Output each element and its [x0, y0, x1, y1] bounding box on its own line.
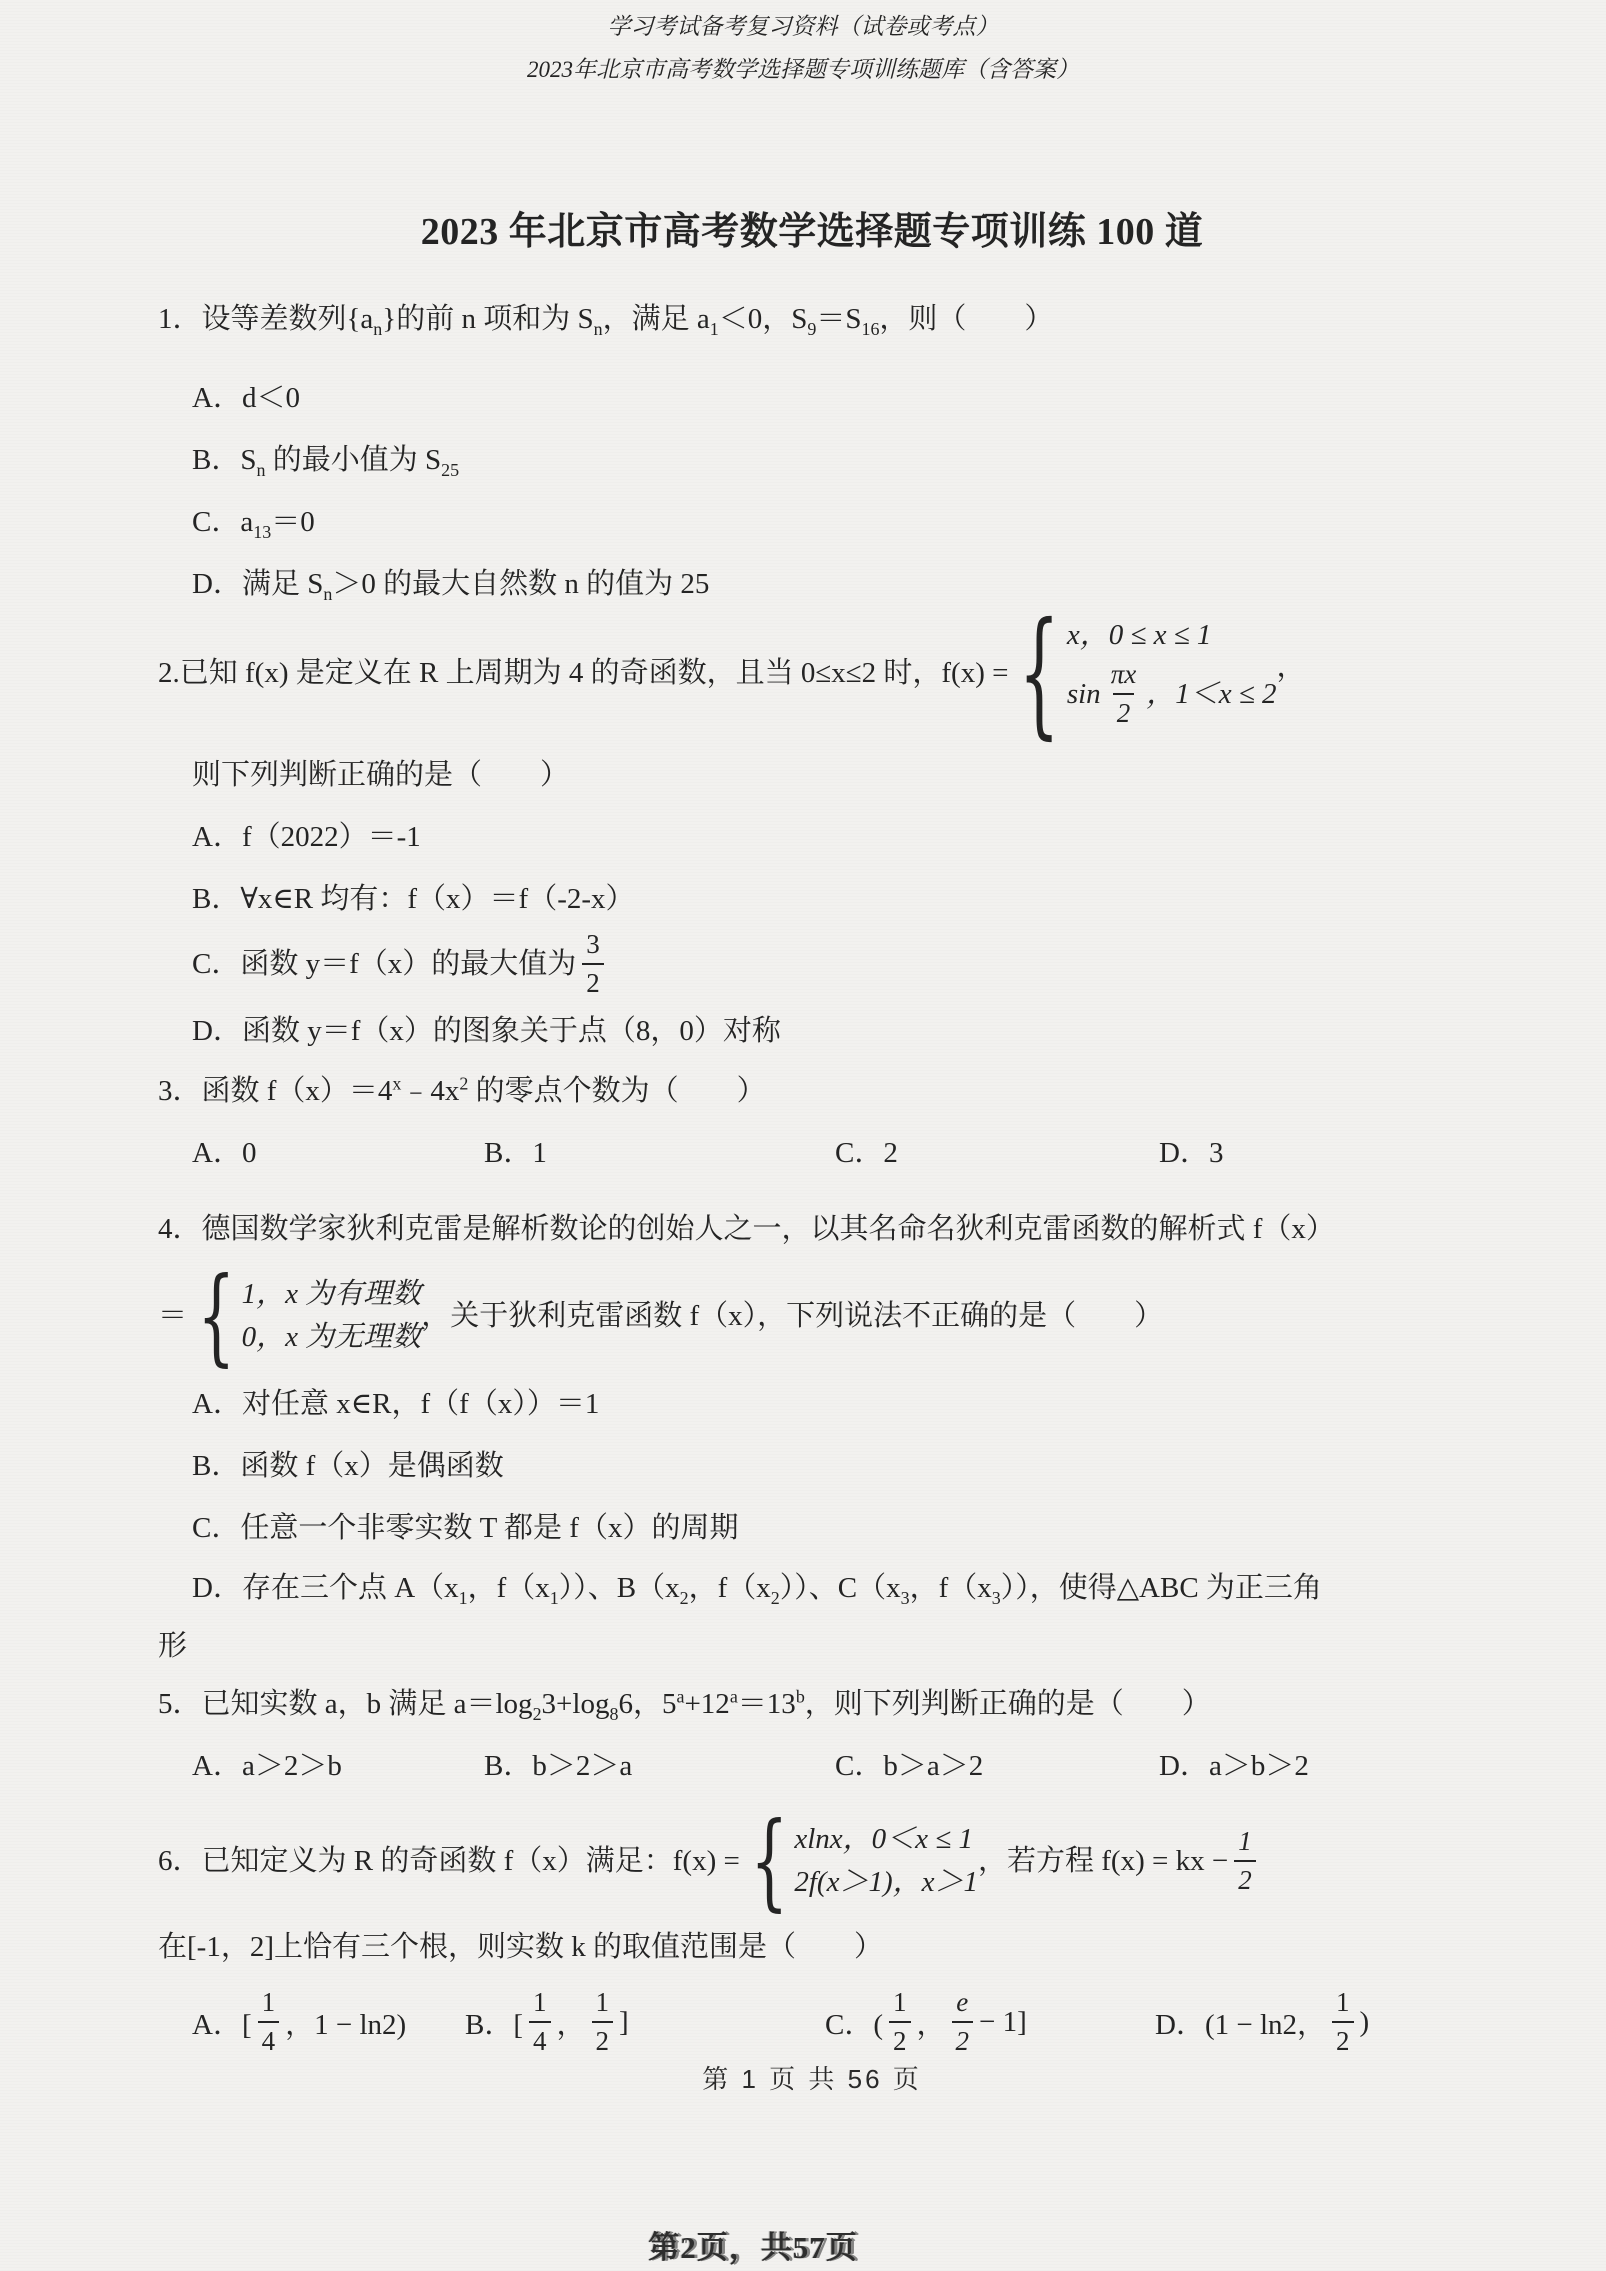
q1-sub: n: [373, 319, 382, 339]
q2-option-d: D．函数 y＝f（x）的图象关于点（8，0）对称: [158, 1013, 1466, 1049]
q5-option-d: D．a＞b＞2: [1159, 1748, 1466, 1784]
q2-stem-suffix: ，: [1277, 649, 1306, 685]
fraction: 12: [1234, 1828, 1256, 1894]
q4-optd-text: D．存在三个点 A（x: [192, 1572, 459, 1604]
q1-option-b: B．Sn 的最小值为 S25: [158, 442, 1466, 478]
q5-stem-text: +12: [684, 1688, 729, 1720]
q3-stem-text: 3．函数 f（x）＝4: [158, 1075, 392, 1107]
document-header: 学习考试备考复习资料（试卷或考点） 2023年北京市高考数学选择题专项训练题库（…: [0, 0, 1606, 85]
q5-options-row: A．a＞2＞b B．b＞2＞a C．b＞a＞2 D．a＞b＞2: [158, 1748, 1466, 1784]
q1-stem-text: ＝S: [816, 303, 861, 335]
q4-option-c: C．任意一个非零实数 T 都是 f（x）的周期: [158, 1510, 1466, 1546]
q6-option-a: A．[14，1 − ln2): [192, 1989, 465, 2055]
q2-option-b: B．∀x∈R 均有：f（x）＝f（-2-x）: [158, 881, 1466, 917]
q5-option-a: A．a＞2＞b: [192, 1748, 484, 1784]
q3-options-row: A．0 B．1 C．2 D．3: [158, 1135, 1466, 1171]
q5-stem-text: ，则下列判断正确的是（ ）: [805, 1688, 1211, 1720]
fraction-denominator: 2: [582, 963, 604, 997]
question-6-stem: 6．已知定义为 R 的奇函数 f（x）满足：f(x) = { xlnx，0＜x …: [158, 1822, 1466, 1899]
q6-optb-text: ]: [619, 2006, 629, 2039]
q6-case-2: 2f(x＞1)，x＞1: [794, 1865, 978, 1899]
q4-sub: 1: [550, 1588, 559, 1608]
q6-piecewise-cases: xlnx，0＜x ≤ 1 2f(x＞1)，x＞1: [794, 1822, 978, 1899]
fraction-numerator: 1: [889, 1989, 911, 2021]
q2-case-2: sinπx2，1＜x ≤ 2: [1067, 661, 1277, 727]
q1-sub: n: [594, 319, 603, 339]
q6-optb-text: B．[: [465, 2002, 523, 2043]
fraction-numerator: 1: [1332, 1989, 1354, 2021]
q6-stem-mid: ，若方程 f(x) = kx −: [978, 1843, 1228, 1879]
q2-judge-line: 则下列判断正确的是（ ）: [158, 757, 1466, 793]
fraction: 12: [889, 1989, 911, 2055]
q2-option-c: C．函数 y＝f（x）的最大值为 32: [158, 931, 1466, 997]
q1-option-a: A．d＜0: [158, 380, 1466, 416]
question-4-stem: 4．德国数学家狄利克雷是解析数论的创始人之一，以其名命名狄利克雷函数的解析式 f…: [158, 1211, 1466, 1247]
fraction-denominator: 2: [1234, 1860, 1256, 1894]
fraction: 14: [529, 1989, 551, 2055]
q1-sub: 13: [253, 522, 271, 542]
fraction: πx2: [1107, 661, 1141, 727]
q5-stem-text: 5．已知实数 a，b 满足 a＝log: [158, 1688, 533, 1720]
q1-option-c: C．a13＝0: [158, 504, 1466, 540]
fraction-denominator: 2: [889, 2021, 911, 2055]
fraction-numerator: 3: [582, 931, 604, 963]
q5-sup: a: [730, 1686, 738, 1706]
bottom-page-footer: 第2页，共57页: [0, 2222, 1506, 2267]
q2-option-a: A．f（2022）＝-1: [158, 819, 1466, 855]
q4-optd-text: ，f（x: [689, 1572, 771, 1604]
fraction-numerator: 1: [258, 1989, 280, 2021]
q6-option-d: D．(1 − ln2，12): [1155, 1989, 1466, 2055]
q4-optd-text: ）），使得△ABC 为正三角: [1001, 1572, 1322, 1604]
fraction-denominator: 2: [1332, 2021, 1354, 2055]
q6-opta-text: ，1 − ln2): [285, 2002, 406, 2043]
q6-optb-text: ，: [557, 2002, 586, 2043]
page-title: 2023 年北京市高考数学选择题专项训练 100 道: [158, 209, 1466, 255]
q4-sub: 3: [901, 1588, 910, 1608]
page-number-footer: 第 1 页 共 56 页: [158, 2059, 1466, 2096]
left-brace: {: [197, 1263, 235, 1368]
q1-optb-text: 的最小值为 S: [265, 444, 441, 476]
header-line-2: 2023年北京市高考数学选择题专项训练题库（含答案）: [0, 55, 1606, 85]
q3-option-a: A．0: [192, 1135, 484, 1171]
q6-optc-text: − 1]: [979, 2006, 1027, 2039]
q1-sub: 9: [807, 319, 816, 339]
q5-sup: b: [796, 1686, 805, 1706]
q4-equals-sign: ＝: [158, 1298, 187, 1334]
q1-optd-text: D．满足 S: [192, 568, 323, 600]
q2-case-2-tail: ，1＜x ≤ 2: [1146, 677, 1276, 711]
q4-case-2: 0，x 为无理数: [242, 1320, 422, 1354]
q2-case-1: x，0 ≤ x ≤ 1: [1067, 618, 1277, 652]
q2-stem-text: 2.已知 f(x) 是定义在 R 上周期为 4 的奇函数，且当 0≤x≤2 时，…: [158, 655, 1008, 691]
q6-stem-text: 6．已知定义为 R 的奇函数 f（x）满足：f(x) =: [158, 1843, 740, 1879]
left-brace: {: [1019, 604, 1060, 741]
q5-stem-text: 6，5: [618, 1688, 676, 1720]
q6-case-1: xlnx，0＜x ≤ 1: [794, 1822, 978, 1856]
q4-sub: 3: [992, 1588, 1001, 1608]
fraction-numerator: e: [952, 1989, 972, 2021]
q4-option-b: B．函数 f（x）是偶函数: [158, 1448, 1466, 1484]
q1-optb-text: B．S: [192, 444, 256, 476]
q1-sub: 1: [710, 319, 719, 339]
q2-piecewise-cases: x，0 ≤ x ≤ 1 sinπx2，1＜x ≤ 2: [1067, 618, 1277, 727]
q1-sub: 25: [441, 460, 459, 480]
q4-option-a: A．对任意 x∈R，f（f（x））＝1: [158, 1386, 1466, 1422]
q4-sub: 2: [771, 1588, 780, 1608]
q4-option-d: D．存在三个点 A（x1，f（x1））、B（x2，f（x2））、C（x3，f（x…: [158, 1570, 1466, 1606]
q4-optd-text: ））、C（x: [780, 1572, 901, 1604]
question-1-stem: 1．设等差数列{an}的前 n 项和为 Sn，满足 a1＜0，S9＝S16，则（…: [158, 301, 1466, 337]
fraction-denominator: 4: [258, 2021, 280, 2055]
q1-optd-text: ＞0 的最大自然数 n 的值为 25: [332, 568, 709, 600]
q3-option-c: C．2: [835, 1135, 1159, 1171]
q5-option-b: B．b＞2＞a: [484, 1748, 835, 1784]
fraction: 12: [592, 1989, 614, 2055]
q6-optc-text: ，: [917, 2002, 946, 2043]
fraction-numerator: 1: [529, 1989, 551, 2021]
fraction-numerator: 1: [592, 1989, 614, 2021]
header-line-1: 学习考试备考复习资料（试卷或考点）: [0, 12, 1606, 42]
q1-option-d: D．满足 Sn＞0 的最大自然数 n 的值为 25: [158, 566, 1466, 602]
q1-stem-text: ＜0，S: [719, 303, 808, 335]
q4-option-d-continuation: 形: [158, 1628, 1466, 1664]
q3-stem-text: 的零点个数为（ ）: [468, 1075, 765, 1107]
q5-option-c: C．b＞a＞2: [835, 1748, 1159, 1784]
fraction: 14: [258, 1989, 280, 2055]
fraction-denominator: 2: [952, 2021, 974, 2055]
fraction-numerator: πx: [1107, 661, 1141, 693]
q6-option-b: B．[14，12]: [465, 1989, 825, 2055]
q6-optd-text: D．(1 − ln2，: [1155, 2002, 1326, 2043]
fraction: 12: [1332, 1989, 1354, 2055]
q1-stem-text: }的前 n 项和为 S: [382, 303, 593, 335]
q1-stem-text: ，则（ ）: [879, 303, 1053, 335]
q5-stem-text: ＝13: [738, 1688, 796, 1720]
fraction: 32: [582, 931, 604, 997]
q6-stem-line-2: 在[-1，2]上恰有三个根，则实数 k 的取值范围是（ ）: [158, 1929, 1466, 1965]
fraction-denominator: 2: [592, 2021, 614, 2055]
fraction-denominator: 2: [1113, 693, 1135, 727]
q1-stem-text: ，满足 a: [603, 303, 710, 335]
q1-stem-text: 1．设等差数列{a: [158, 303, 373, 335]
q3-option-b: B．1: [484, 1135, 835, 1171]
q1-optc-text: C．a: [192, 506, 253, 538]
q1-optc-text: ＝0: [271, 506, 315, 538]
question-2-stem: 2.已知 f(x) 是定义在 R 上周期为 4 的奇函数，且当 0≤x≤2 时，…: [158, 618, 1466, 727]
q4-piecewise-line: ＝ { 1，x 为有理数 0，x 为无理数 ，关于狄利克雷函数 f（x），下列说…: [158, 1277, 1466, 1354]
q4-optd-text: ，f（x: [468, 1572, 550, 1604]
q6-optd-text: ): [1360, 2006, 1370, 2039]
q3-option-d: D．3: [1159, 1135, 1466, 1171]
q4-optd-text: ））、B（x: [559, 1572, 680, 1604]
question-3-stem: 3．函数 f（x）＝4x﹣4x2 的零点个数为（ ）: [158, 1073, 1466, 1109]
q6-opta-text: A．[: [192, 2002, 252, 2043]
q4-sub: 2: [680, 1588, 689, 1608]
q1-sub: n: [323, 584, 332, 604]
q2-optc-text: C．函数 y＝f（x）的最大值为: [192, 946, 576, 982]
q5-stem-text: 3+log: [542, 1688, 610, 1720]
sin-label: sin: [1067, 677, 1101, 711]
q4-stem-tail: ，关于狄利克雷函数 f（x），下列说法不正确的是（ ）: [421, 1298, 1163, 1334]
q6-optc-text: C．(: [825, 2002, 883, 2043]
question-5-stem: 5．已知实数 a，b 满足 a＝log23+log86，5a+12a＝13b，则…: [158, 1686, 1466, 1722]
exam-document-page: 学习考试备考复习资料（试卷或考点） 2023年北京市高考数学选择题专项训练题库（…: [0, 0, 1606, 2271]
q3-stem-text: ﹣4x: [401, 1075, 459, 1107]
q4-optd-text: ，f（x: [910, 1572, 992, 1604]
q1-sub: 16: [861, 319, 879, 339]
q6-options-row: A．[14，1 − ln2) B．[14，12] C．(12，e2− 1] D．…: [158, 1989, 1466, 2055]
document-body: 2023 年北京市高考数学选择题专项训练 100 道 1．设等差数列{an}的前…: [0, 209, 1606, 2096]
fraction-denominator: 4: [529, 2021, 551, 2055]
q6-option-c: C．(12，e2− 1]: [825, 1989, 1155, 2055]
q5-sub: 2: [533, 1704, 542, 1724]
fraction-numerator: 1: [1234, 1828, 1256, 1860]
fraction: e2: [952, 1989, 974, 2055]
q4-case-1: 1，x 为有理数: [242, 1277, 422, 1311]
left-brace: {: [750, 1808, 788, 1913]
q4-piecewise-cases: 1，x 为有理数 0，x 为无理数: [242, 1277, 422, 1354]
q4-sub: 1: [459, 1588, 468, 1608]
